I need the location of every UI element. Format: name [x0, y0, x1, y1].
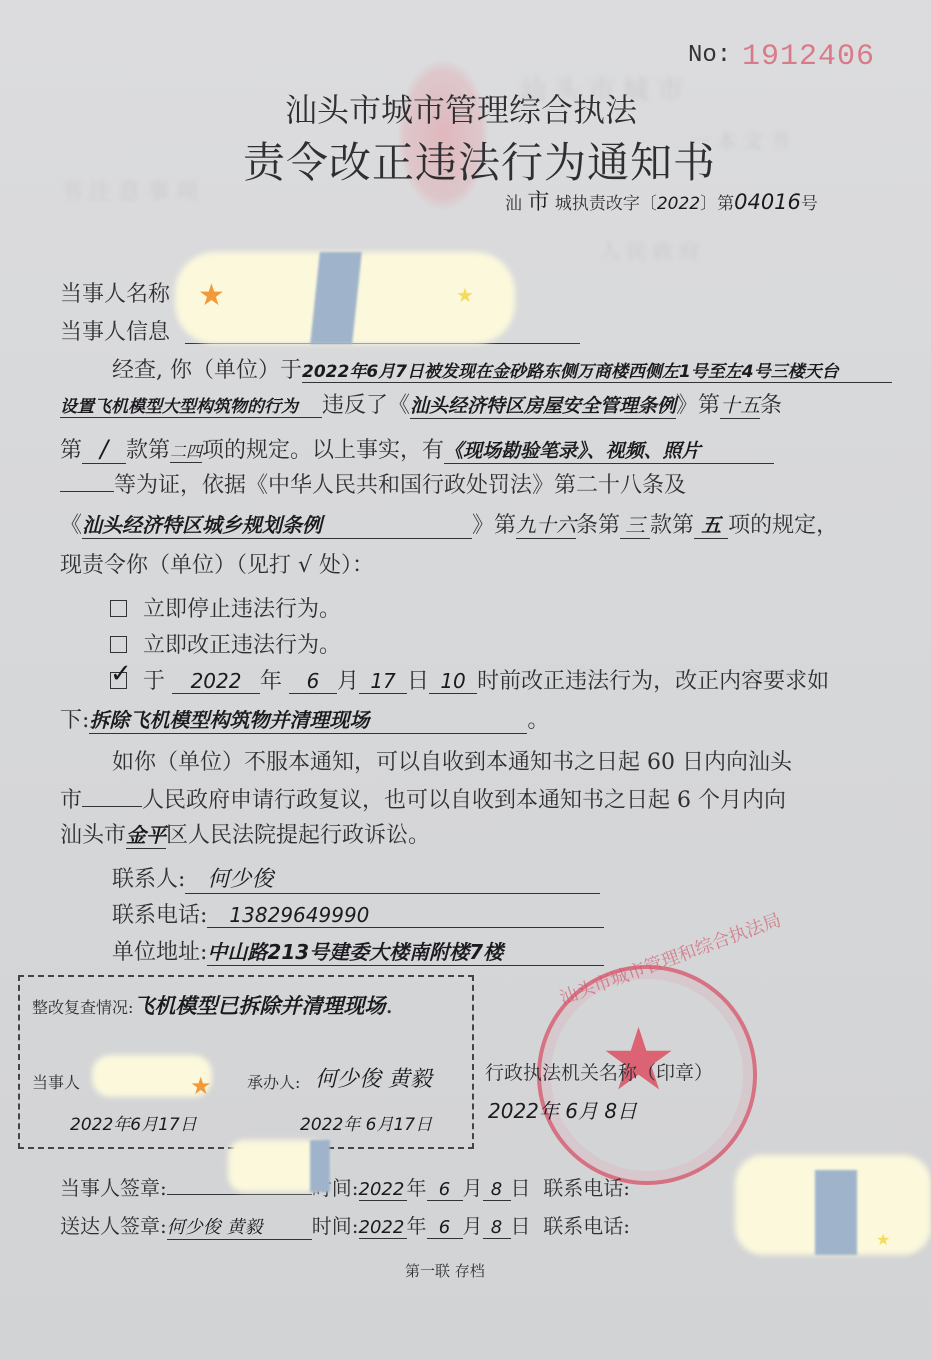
review-party-date: 2022年6月17日 [70, 1110, 197, 1135]
findings-line-5: 《汕头经济特区城乡规划条例》第九十六条第三款第五项的规定， [60, 508, 838, 539]
appeal-line-1: 如你（单位）不服本通知，可以自收到本通知书之日起 60 日内向汕头 [112, 745, 792, 776]
violated-item-1: 二四 [170, 439, 202, 463]
party-name-label: 当事人名称 [60, 277, 170, 308]
checkbox-stop-immediately[interactable] [110, 600, 127, 617]
evidence-list: 《现场勘验笔录》、视频、照片 [444, 436, 774, 464]
findings-line-3: 第/款第二四项的规定。以上事实，有《现场勘验笔录》、视频、照片 [60, 433, 774, 464]
findings-line-1: 经查, 你（单位）于2022年6月7日被发现在金砂路东侧万商楼西侧左1号至左4号… [112, 353, 892, 384]
legal-basis-regulation: 汕头经济特区城乡规划条例 [82, 509, 472, 539]
review-handler-label: 承办人: [247, 1070, 300, 1093]
correction-requirement: 拆除飞机模型构筑物并清理现场 [89, 704, 527, 734]
bleed-through-text: 人 民 政 府 [600, 235, 699, 264]
legal-basis-paragraph: 三 [620, 509, 650, 539]
deadline-day: 17 [359, 669, 407, 694]
party-info-label: 当事人信息 [60, 315, 170, 346]
star-sticker-icon: ★ [876, 1230, 890, 1249]
star-sticker-icon: ★ [456, 283, 474, 307]
option-stop-immediately: 立即停止违法行为。 [110, 592, 341, 623]
deadline-year: 2022 [172, 669, 260, 694]
deadline-month: 6 [289, 669, 337, 694]
finding-description-1: 2022年6月7日被发现在金砂路东侧万商楼西侧左1号至左4号三楼天台 [302, 357, 892, 383]
review-party-label: 当事人 [32, 1070, 80, 1093]
findings-line-4: 等为证，依据《中华人民共和国行政处罚法》第二十八条及 [60, 468, 686, 499]
violated-article-1: 十五 [720, 389, 760, 419]
violated-regulation-1: 汕头经济特区房屋安全管理条例 [410, 391, 676, 419]
document-title: 责令改正违法行为通知书 [243, 130, 716, 190]
contact-phone-row: 联系电话:13829649990 [112, 898, 604, 929]
serial-number: 1912406 [742, 40, 875, 74]
appeal-line-3: 汕头市金平区人民法院提起行政诉讼。 [60, 818, 430, 849]
deadline-hour: 10 [429, 669, 477, 694]
party-signature-field [167, 1194, 312, 1195]
copy-designation: 第一联 存档 [405, 1260, 485, 1281]
checkbox-correct-immediately[interactable] [110, 636, 127, 653]
party-signature-row: 当事人签章:时间:2022年6月8日 联系电话: [60, 1172, 630, 1201]
bleed-through-text: 书 注 意 事 项 [60, 175, 198, 206]
document-number: 汕 市 城执责改字〔2022〕第04016号 [505, 185, 818, 216]
option-correct-immediately: 立即改正违法行为。 [110, 628, 341, 659]
checkbox-correct-by-deadline[interactable] [110, 672, 127, 689]
option-correct-by-deadline: 于 2022年 6月17日10时前改正违法行为，改正内容要求如 [110, 664, 829, 695]
issuing-authority-title: 汕头市城市管理综合执法 [285, 85, 637, 131]
correction-requirement-line: 下:拆除飞机模型构筑物并清理现场。 [60, 703, 549, 734]
review-result: 飞机模型已拆除并清理现场 [133, 994, 385, 1018]
authority-date: 2022年 6月 8日 [488, 1095, 637, 1124]
doc-number-district: 市 [527, 190, 549, 215]
legal-basis-article: 九十六 [516, 509, 576, 539]
violated-paragraph-1: / [82, 435, 126, 464]
review-row: 整改复查情况:飞机模型已拆除并清理现场. [32, 990, 393, 1020]
server-signature-row: 送达人签章:何少俊 黄毅时间:2022年6月8日 联系电话: [60, 1210, 630, 1240]
doc-number-value: 04016 [734, 190, 801, 214]
contact-person-row: 联系人:何少俊 [112, 862, 600, 894]
findings-line-2: 设置飞机模型大型构筑物的行为违反了《汕头经济特区房屋安全管理条例》第十五条 [60, 388, 782, 419]
contact-address: 中山路213号建委大楼南附楼7楼 [207, 936, 604, 966]
finding-description-2: 设置飞机模型大型构筑物的行为 [60, 392, 322, 418]
review-handler-date: 2022年 6月17日 [300, 1110, 432, 1135]
authority-label: 行政执法机关名称（印章） [485, 1058, 713, 1085]
order-intro: 现责令你（单位）（见打 √ 处）： [60, 548, 374, 579]
serial-label: No: [688, 42, 731, 69]
review-handler-signature: 何少俊 黄毅 [315, 1062, 432, 1093]
redaction-mask-stripe [815, 1170, 857, 1255]
contact-address-row: 单位地址:中山路213号建委大楼南附楼7楼 [112, 935, 604, 966]
star-sticker-icon: ★ [190, 1072, 212, 1100]
redaction-mask-stripe [310, 1140, 330, 1192]
legal-basis-item: 五 [694, 509, 728, 539]
contact-person: 何少俊 [185, 862, 600, 894]
contact-phone: 13829649990 [207, 903, 604, 928]
appeal-line-2: 市人民政府申请行政复议，也可以自收到本通知书之日起 6 个月内向 [60, 783, 786, 814]
doc-number-year: 2022 [657, 194, 700, 214]
star-sticker-icon: ★ [198, 278, 225, 313]
server-signature: 何少俊 黄毅 [167, 1213, 312, 1240]
court-district: 金平 [126, 819, 166, 849]
